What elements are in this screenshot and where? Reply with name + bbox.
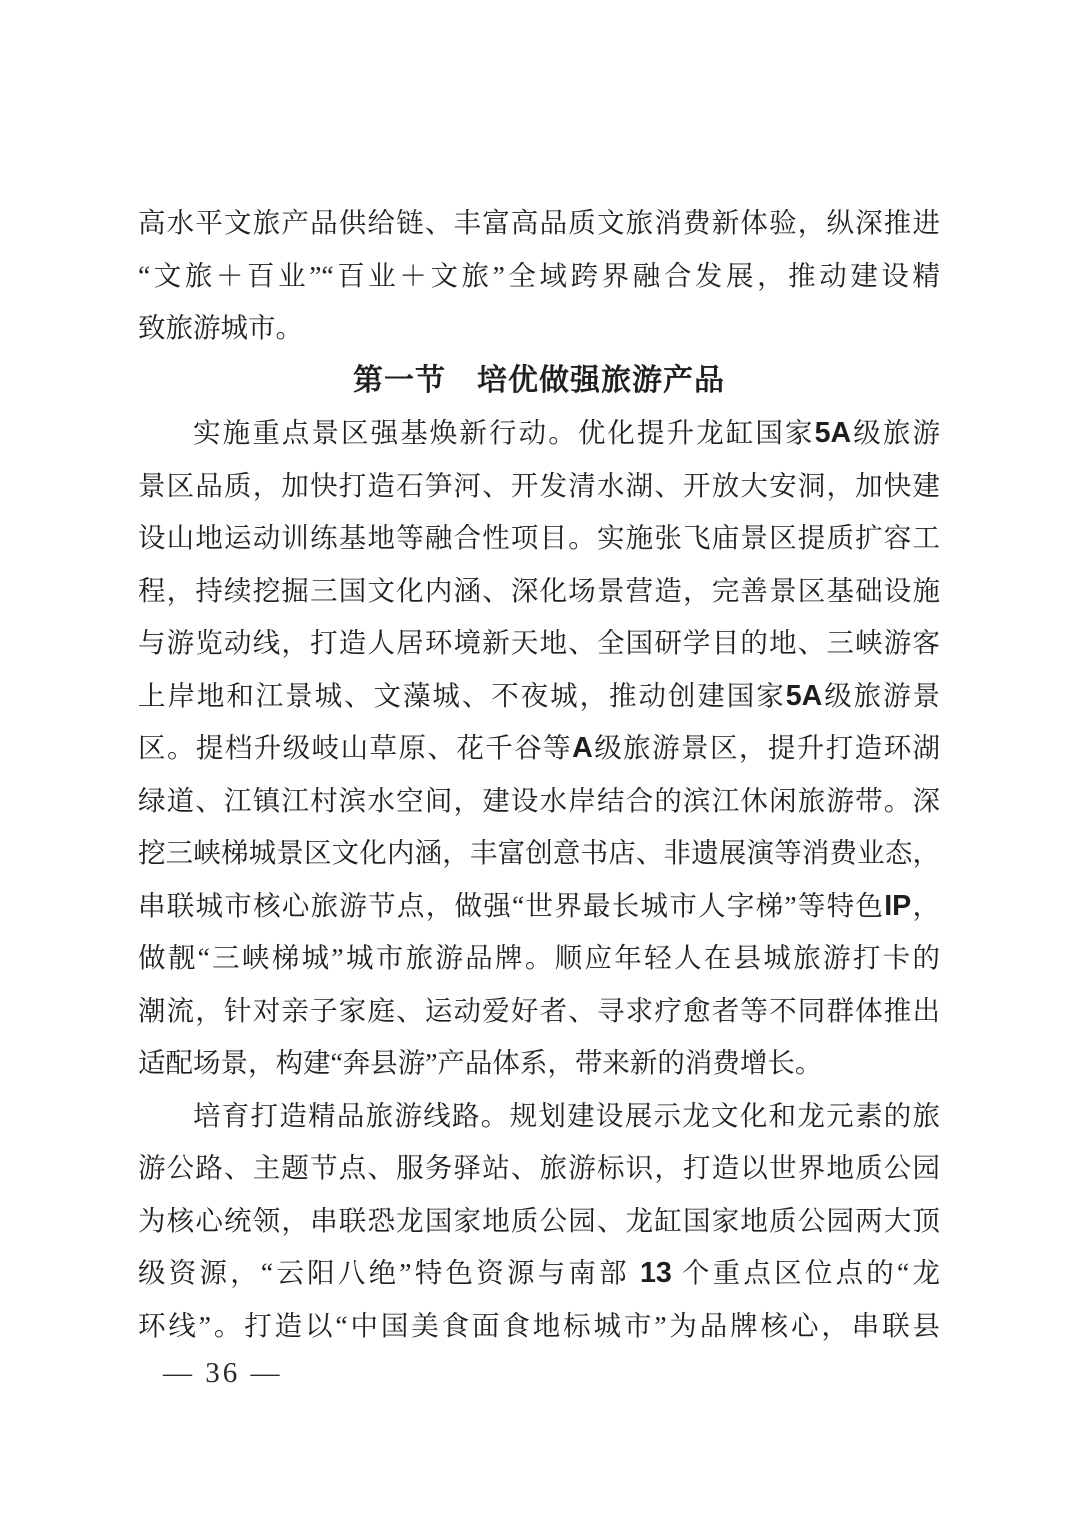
paragraph2-line: 挖三峡梯城景区文化内涵，丰富创意书店、非遗展演等消费业态， xyxy=(138,827,940,880)
paragraph2-line: 上岸地和江景城、文藻城、不夜城，推动创建国家5A级旅游景 xyxy=(138,670,940,723)
paragraph1-line: 高水平文旅产品供给链、丰富高品质文旅消费新体验，纵深推进 xyxy=(138,197,940,250)
paragraph3-line: 培育打造精品旅游线路。规划建设展示龙文化和龙元素的旅 xyxy=(138,1090,940,1143)
paragraph3-line: 游公路、主题节点、服务驿站、旅游标识，打造以世界地质公园 xyxy=(138,1142,940,1195)
paragraph3-line: 级资源，“云阳八绝”特色资源与南部 13 个重点区位点的“龙 xyxy=(138,1247,940,1300)
paragraph2-line: 绿道、江镇江村滨水空间，建设水岸结合的滨江休闲旅游带。深 xyxy=(138,775,940,828)
paragraph2-line: 区。提档升级岐山草原、花千谷等A级旅游景区，提升打造环湖 xyxy=(138,722,940,775)
paragraph2-line: 串联城市核心旅游节点，做强“世界最长城市人字梯”等特色IP， xyxy=(138,880,940,933)
paragraph2-line: 程，持续挖掘三国文化内涵、深化场景营造，完善景区基础设施 xyxy=(138,565,940,618)
paragraph2-line: 适配场景，构建“奔县游”产品体系，带来新的消费增长。 xyxy=(138,1037,940,1090)
section-heading: 第一节 培优做强旅游产品 xyxy=(138,355,940,408)
document-page: 高水平文旅产品供给链、丰富高品质文旅消费新体验，纵深推进 “文旅＋百业”“百业＋… xyxy=(0,0,1074,1520)
paragraph2-line: 与游览动线，打造人居环境新天地、全国研学目的地、三峡游客 xyxy=(138,617,940,670)
paragraph1-line: “文旅＋百业”“百业＋文旅”全域跨界融合发展，推动建设精 xyxy=(138,250,940,303)
paragraph3-line: 为核心统领，串联恐龙国家地质公园、龙缸国家地质公园两大顶 xyxy=(138,1195,940,1248)
paragraph2-line: 设山地运动训练基地等融合性项目。实施张飞庙景区提质扩容工 xyxy=(138,512,940,565)
page-number: — 36 — xyxy=(163,1356,283,1390)
paragraph2-line: 景区品质，加快打造石笋河、开发清水湖、开放大安洞，加快建 xyxy=(138,460,940,513)
document-body: 高水平文旅产品供给链、丰富高品质文旅消费新体验，纵深推进 “文旅＋百业”“百业＋… xyxy=(138,197,940,1352)
paragraph3-line: 环线”。打造以“中国美食面食地标城市”为品牌核心，串联县 xyxy=(138,1300,940,1353)
paragraph2-line: 潮流，针对亲子家庭、运动爱好者、寻求疗愈者等不同群体推出 xyxy=(138,985,940,1038)
paragraph1-line: 致旅游城市。 xyxy=(138,302,940,355)
paragraph2-line: 做靓“三峡梯城”城市旅游品牌。顺应年轻人在县城旅游打卡的 xyxy=(138,932,940,985)
paragraph2-line: 实施重点景区强基焕新行动。优化提升龙缸国家5A级旅游 xyxy=(138,407,940,460)
